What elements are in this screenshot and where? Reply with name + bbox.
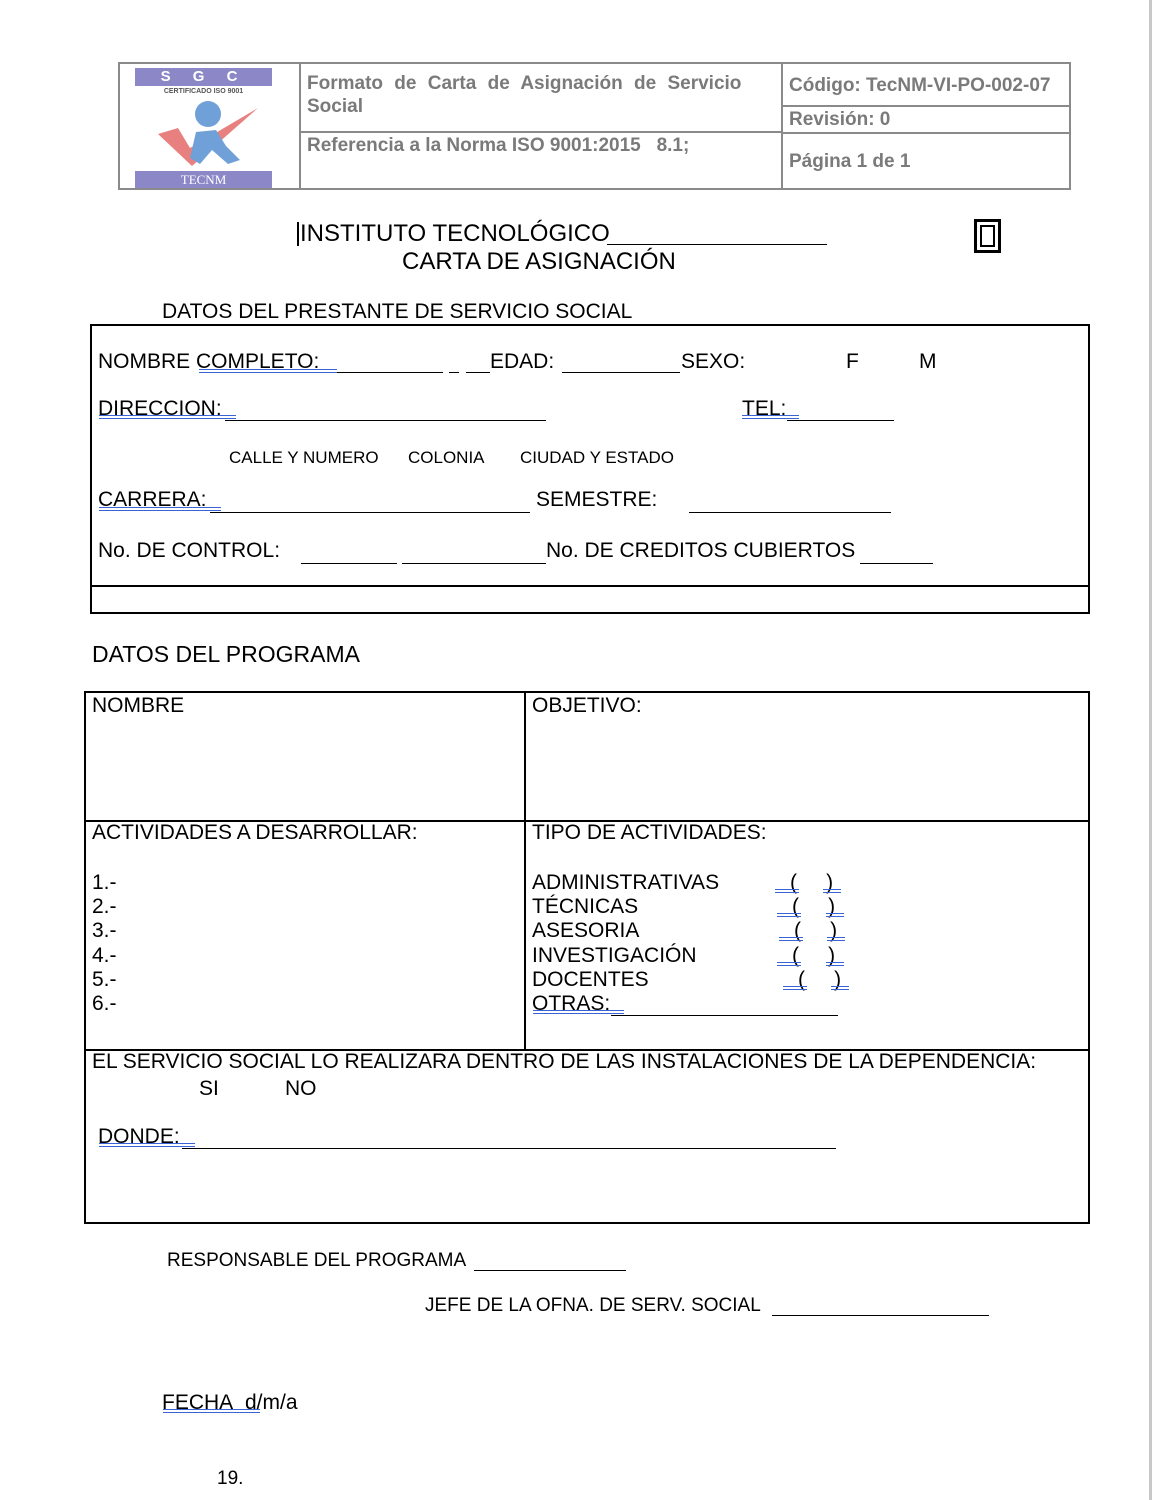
institute-title: INSTITUTO TECNOLÓGICO	[300, 220, 610, 248]
jefe-signature-field[interactable]	[772, 1295, 989, 1316]
no-option[interactable]: NO	[285, 1077, 317, 1101]
nombre-field[interactable]	[337, 352, 443, 373]
logo-sgc-text: S G C	[135, 68, 272, 86]
semestre-field[interactable]	[689, 490, 891, 513]
actividad-4: 4.-	[92, 944, 117, 968]
address-part-calle: CALLE Y NUMERO	[229, 448, 379, 468]
responsable-label: RESPONSABLE DEL PROGRAMA	[167, 1250, 466, 1272]
actividades-label: ACTIVIDADES A DESARROLLAR:	[92, 821, 418, 845]
programa-nombre-label: NOMBRE	[92, 694, 184, 718]
tipo-label: TIPO DE ACTIVIDADES:	[532, 821, 767, 845]
revision: Revisión: 0	[789, 109, 890, 131]
iso-reference: Referencia a la Norma ISO 9001:2015 8.1;	[307, 135, 689, 157]
donde-field[interactable]	[182, 1128, 836, 1149]
text-cursor	[297, 222, 299, 246]
sexo-option-f[interactable]: F	[846, 350, 859, 374]
otras-field[interactable]	[611, 995, 838, 1016]
semestre-label: SEMESTRE:	[536, 488, 657, 512]
carrera-field[interactable]	[210, 490, 530, 513]
jefe-label: JEFE DE LA OFNA. DE SERV. SOCIAL	[425, 1295, 761, 1317]
objetivo-label: OBJETIVO:	[532, 694, 642, 718]
edad-field[interactable]	[562, 352, 680, 373]
actividad-5: 5.-	[92, 968, 117, 992]
document-code: Código: TecNM-VI-PO-002-07	[789, 75, 1050, 97]
control-field[interactable]	[301, 541, 397, 564]
tel-field[interactable]	[787, 400, 894, 421]
address-part-ciudad: CIUDAD Y ESTADO	[520, 448, 674, 468]
tipo-asesoria: ASESORIA	[532, 919, 639, 943]
creditos-field[interactable]	[860, 541, 933, 564]
creditos-label: No. DE CREDITOS CUBIERTOS	[546, 539, 855, 563]
direccion-field[interactable]	[225, 400, 546, 421]
tipo-administrativas: ADMINISTRATIVAS	[532, 871, 719, 895]
letter-title: CARTA DE ASIGNACIÓN	[402, 248, 676, 276]
actividad-6: 6.-	[92, 992, 117, 1016]
si-option[interactable]: SI	[199, 1077, 219, 1101]
actividad-2: 2.-	[92, 895, 117, 919]
programa-section-title: DATOS DEL PROGRAMA	[92, 641, 360, 668]
prestante-section-title: DATOS DEL PRESTANTE DE SERVICIO SOCIAL	[162, 300, 632, 324]
address-part-colonia: COLONIA	[408, 448, 485, 468]
tipo-docentes: DOCENTES	[532, 968, 649, 992]
logo-certified-text: CERTIFICADO ISO 9001	[135, 88, 272, 95]
logo-tecnm-text: TECNM	[135, 171, 272, 188]
page-number: Página 1 de 1	[789, 151, 910, 173]
instalaciones-question: EL SERVICIO SOCIAL LO REALIZARA DENTRO D…	[92, 1050, 1036, 1074]
tipo-investigacion: INVESTIGACIÓN	[532, 944, 697, 968]
sexo-option-m[interactable]: M	[919, 350, 937, 374]
control-label: No. DE CONTROL:	[98, 539, 280, 563]
edad-label: EDAD:	[490, 350, 554, 374]
institute-name-field[interactable]	[607, 222, 827, 245]
format-title-line1: Formato de Carta de Asignación de Servic…	[307, 73, 777, 95]
sexo-label: SEXO:	[681, 350, 745, 374]
tipo-tecnicas: TÉCNICAS	[532, 895, 638, 919]
check-figure-icon	[150, 98, 260, 170]
footer-number: 19.	[217, 1468, 243, 1490]
document-header-table: S G C CERTIFICADO ISO 9001 TECNM Formato…	[118, 62, 1071, 190]
format-title-line2: Social	[307, 96, 363, 118]
sgc-logo: S G C CERTIFICADO ISO 9001 TECNM	[135, 68, 272, 188]
actividad-1: 1.-	[92, 871, 117, 895]
responsable-signature-field[interactable]	[474, 1250, 626, 1271]
actividad-3: 3.-	[92, 919, 117, 943]
checkbox-icon[interactable]	[974, 219, 1001, 253]
